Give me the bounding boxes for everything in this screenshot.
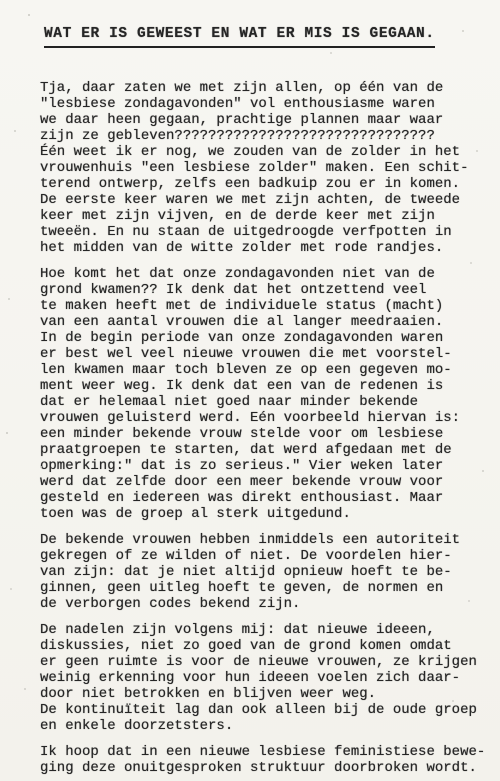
paragraph-voordelen-autoriteit: De bekende vrouwen hebben inmiddels een … xyxy=(40,532,486,612)
paragraph-intro-zolder: Tja, daar zaten we met zijn allen, op éé… xyxy=(40,80,486,256)
document-title: WAT ER IS GEWEEST EN WAT ER MIS IS GEGAA… xyxy=(44,24,435,48)
paper-texture xyxy=(0,0,2,2)
paragraph-slot-hoop: Ik hoop dat in een nieuwe lesbiese femin… xyxy=(40,744,486,776)
paragraph-waarom-niet-van-de-grond: Hoe komt het dat onze zondagavonden niet… xyxy=(40,266,486,522)
paragraph-nadelen: De nadelen zijn volgens mij: dat nieuwe … xyxy=(40,622,486,734)
scanned-document-page: WAT ER IS GEWEEST EN WAT ER MIS IS GEGAA… xyxy=(0,0,500,781)
